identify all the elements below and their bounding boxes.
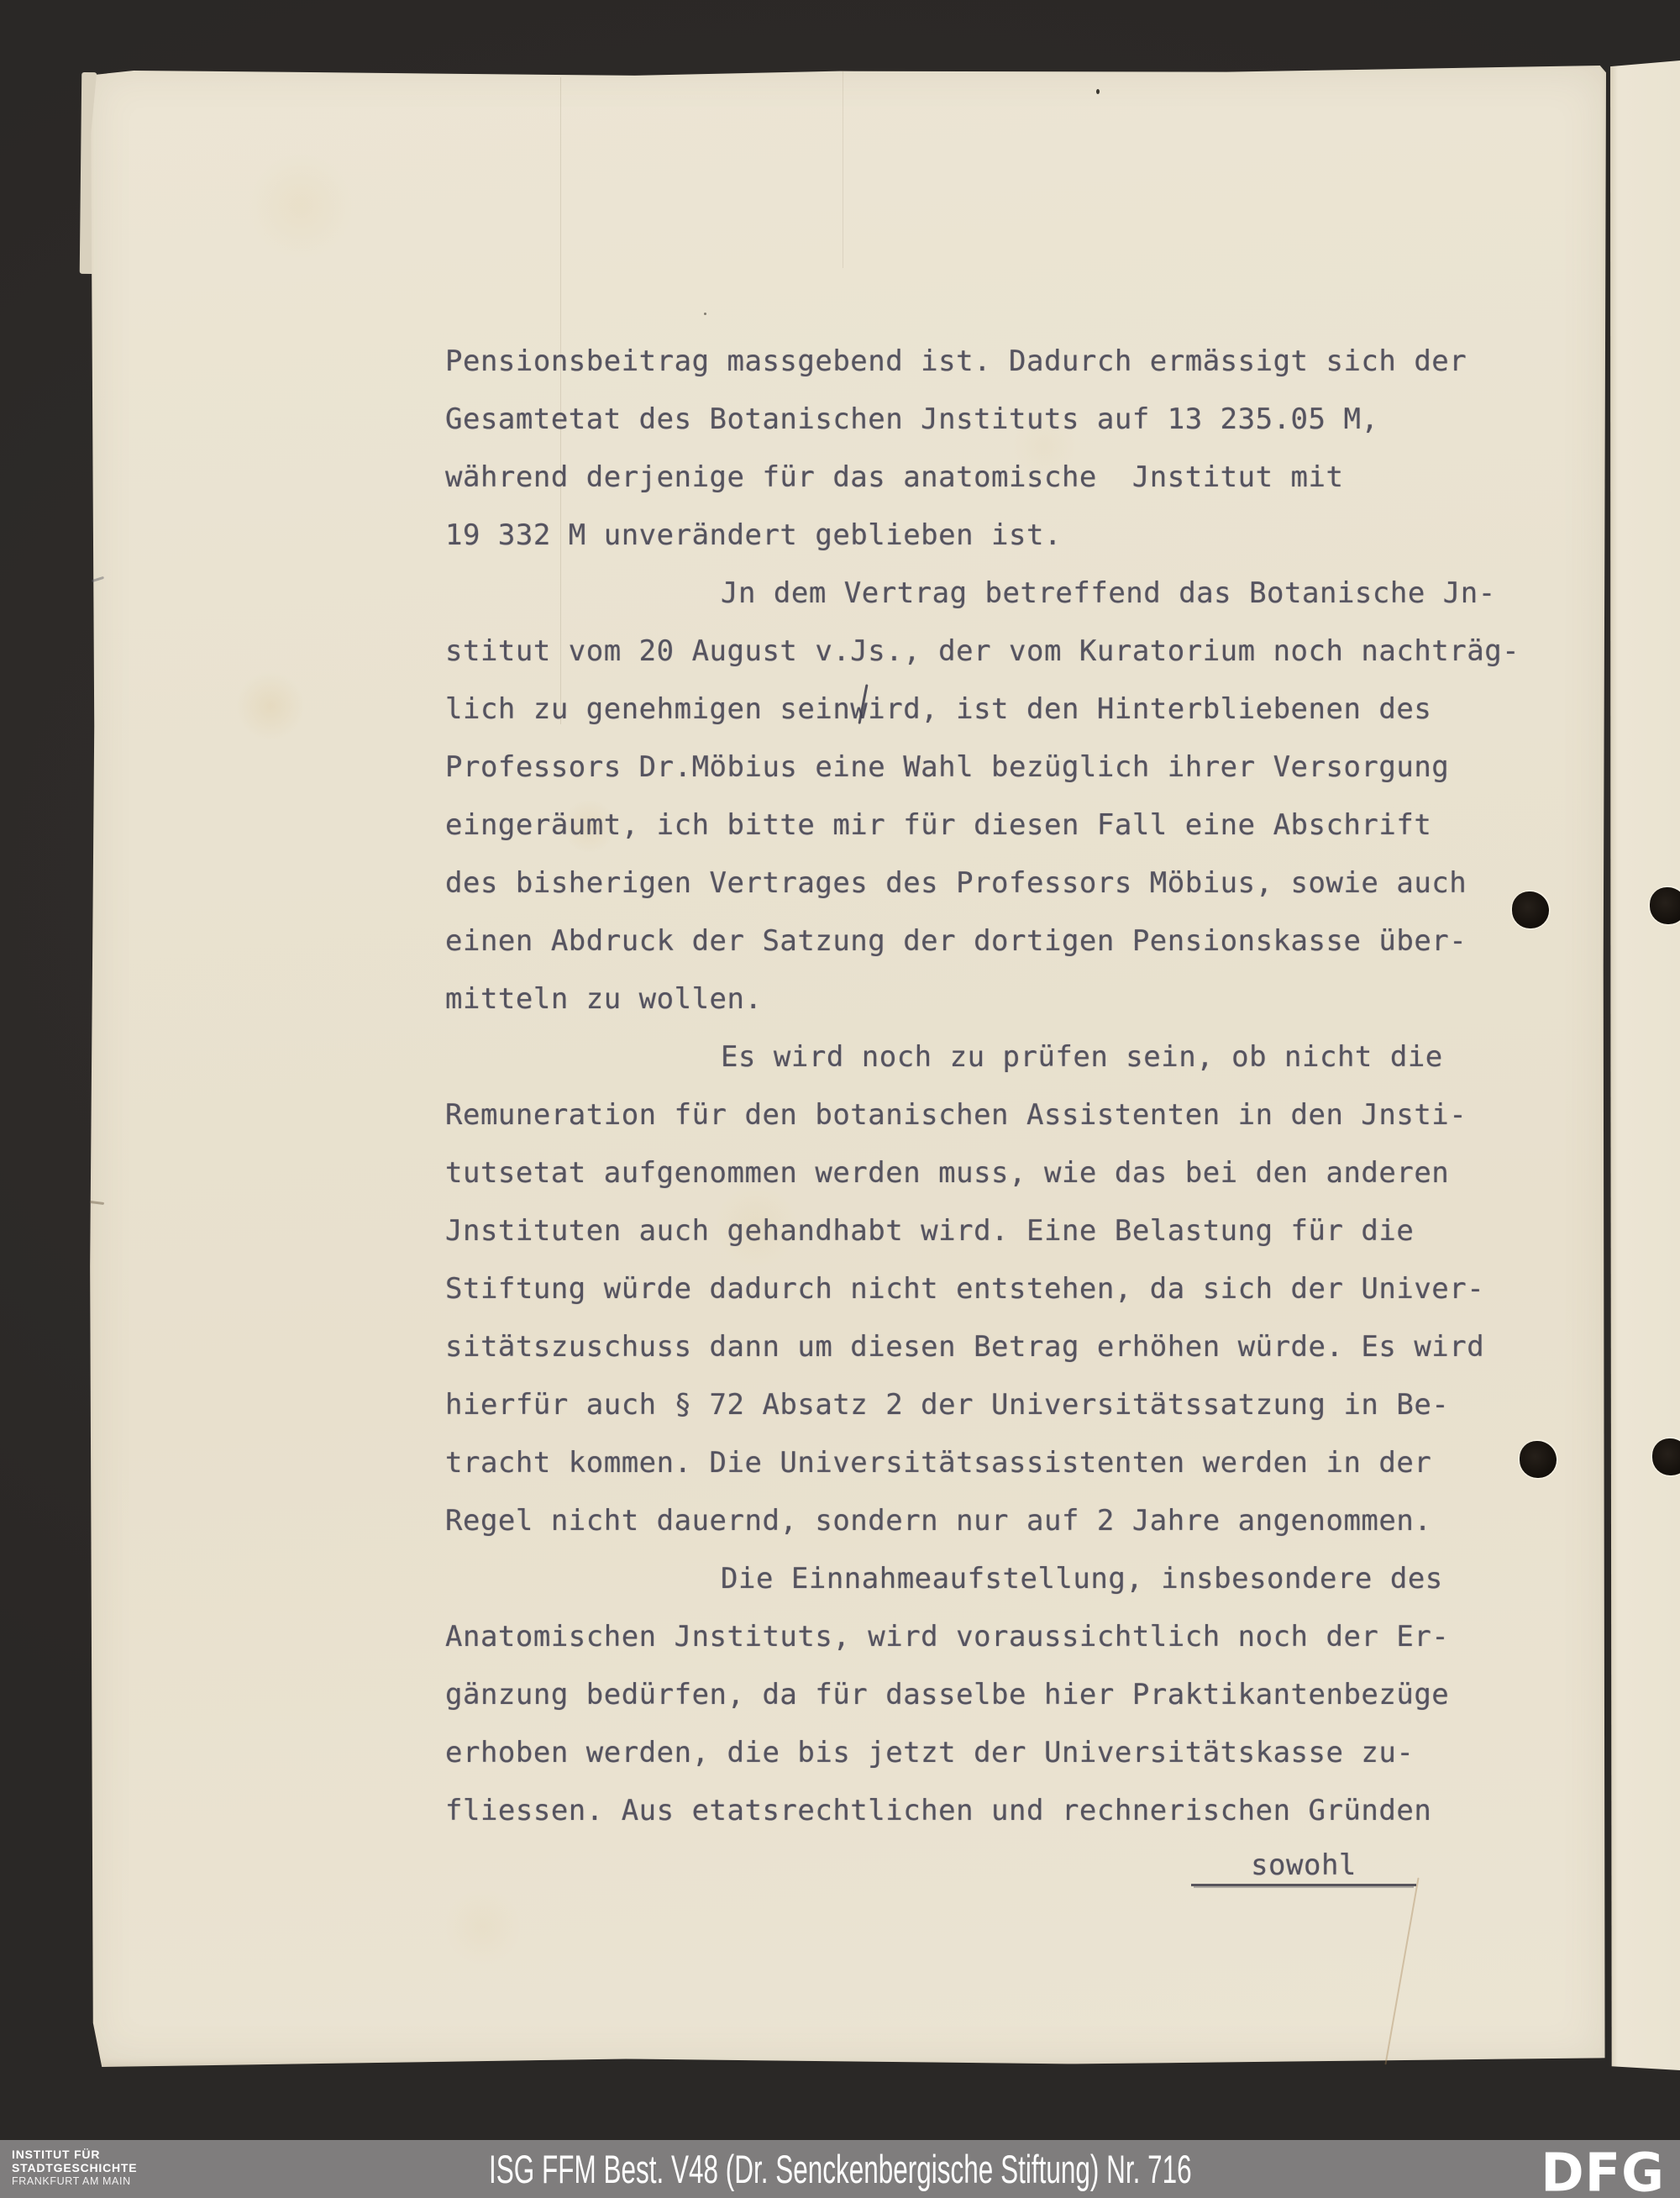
typed-line: Remuneration für den botanischen Assiste… (445, 1096, 1467, 1134)
catchword-text: sowohl (1251, 1848, 1357, 1882)
typed-line: hierfür auch § 72 Absatz 2 der Universit… (445, 1386, 1449, 1424)
dfg-logo: DFG (1541, 2141, 1665, 2198)
typed-line: Professors Dr.Möbius eine Wahl bezüglich… (445, 748, 1449, 786)
punch-hole (1503, 882, 1558, 938)
typed-line: erhoben werden, die bis jetzt der Univer… (445, 1733, 1414, 1772)
typed-line: fliessen. Aus etatsrechtlichen und rechn… (445, 1791, 1431, 1830)
typed-line: Anatomischen Jnstituts, wird voraussicht… (445, 1617, 1449, 1656)
typed-line: tutsetat aufgenommen werden muss, wie da… (445, 1154, 1449, 1192)
typed-line: gänzung bedürfen, da für dasselbe hier P… (445, 1675, 1449, 1714)
typed-line: Es wird noch zu prüfen sein, ob nicht di… (721, 1038, 1443, 1076)
typed-line: einen Abdruck der Satzung der dortigen P… (445, 922, 1467, 960)
archive-reference-text: ISG FFM Best. V48 (Dr. Senckenbergische … (489, 2146, 1192, 2192)
typed-line: lich zu genehmigen seinwird, ist den Hin… (445, 690, 1431, 728)
typed-line: eingeräumt, ich bitte mir für diesen Fal… (445, 806, 1431, 844)
typed-line: Jn dem Vertrag betreffend das Botanische… (721, 574, 1496, 613)
typed-line: Jnstituten auch gehandhabt wird. Eine Be… (445, 1212, 1414, 1250)
typed-line: des bisherigen Vertrages des Professors … (445, 864, 1467, 902)
paper-speck (704, 313, 706, 315)
typed-line: Die Einnahmeaufstellung, insbesondere de… (721, 1559, 1443, 1598)
typed-line: sitätszuschuss dann um diesen Betrag erh… (445, 1328, 1484, 1366)
typed-line: Stiftung würde dadurch nicht entstehen, … (445, 1270, 1484, 1308)
punch-hole (1510, 1432, 1566, 1487)
archive-footer-bar: INSTITUT FÜR STADTGESCHICHTE FRANKFURT A… (0, 2140, 1680, 2198)
vertical-crease (843, 71, 843, 268)
paper-speck (1096, 89, 1100, 94)
archive-reference-caption: ISG FFM Best. V48 (Dr. Senckenbergische … (0, 2140, 1680, 2198)
scan-viewer-page: Pensionsbeitrag massgebend ist. Dadurch … (0, 0, 1680, 2198)
typed-line: mitteln zu wollen. (445, 980, 762, 1018)
typed-line: tracht kommen. Die Universitätsassistent… (445, 1443, 1431, 1482)
typed-line: Regel nicht dauernd, sondern nur auf 2 J… (445, 1501, 1431, 1540)
catchword-underlined: sowohl (1191, 1848, 1416, 1886)
typed-line: stitut vom 20 August v.Js., der vom Kura… (445, 632, 1520, 670)
next-page-sliver (1610, 60, 1680, 2070)
typed-line: während derjenige für das anatomische Jn… (445, 458, 1343, 497)
typed-line: Gesamtetat des Botanischen Jnstituts auf… (445, 400, 1378, 439)
typed-line: 19 332 M unverändert geblieben ist. (445, 516, 1062, 555)
typed-line: Pensionsbeitrag massgebend ist. Dadurch … (445, 342, 1467, 381)
